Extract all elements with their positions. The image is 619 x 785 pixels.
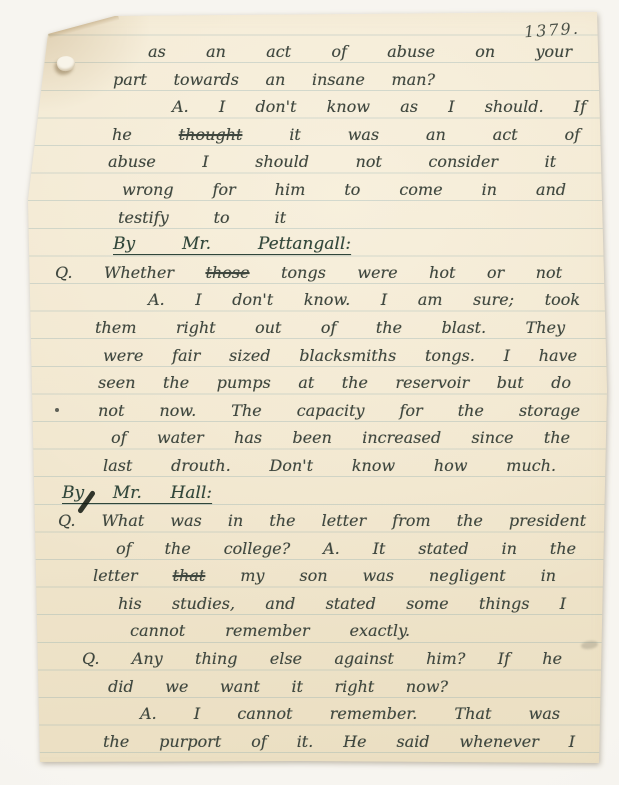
manuscript-line: A. I cannot remember. That was xyxy=(140,700,560,728)
manuscript-line: A. I don't know. I am sure; took xyxy=(148,286,580,314)
struck-word: thought xyxy=(179,125,243,144)
manuscript-line: as an act of abuse on your xyxy=(148,38,572,66)
manuscript-line: were fair sized blacksmiths tongs. I hav… xyxy=(103,342,577,370)
examiner-heading: By Mr. Pettangall: xyxy=(113,231,351,259)
manuscript-line: did we want it right now? xyxy=(108,673,448,701)
manuscript-line: he thought it was an act of xyxy=(112,121,580,149)
manuscript-line: them right out of the blast. They xyxy=(95,314,565,342)
manuscript-line: cannot remember exactly. xyxy=(130,617,410,645)
manuscript-line: his studies, and stated some things I xyxy=(118,590,566,618)
manuscript-line: testify to it xyxy=(118,204,286,232)
manuscript-line: Q. What was in the letter from the presi… xyxy=(58,507,586,535)
manuscript-line: last drouth. Don't know how much. xyxy=(103,452,556,480)
ink-dot xyxy=(55,408,59,412)
manuscript-line: A. I don't know as I should. If xyxy=(172,93,586,121)
manuscript-line: wrong for him to come in and xyxy=(122,176,566,204)
struck-word: those xyxy=(205,263,249,282)
manuscript-line: Q. Whether those tongs were hot or not xyxy=(55,259,562,287)
manuscript-line: seen the pumps at the reservoir but do xyxy=(98,369,571,397)
manuscript-line: abuse I should not consider it xyxy=(108,148,556,176)
manuscript-line: part towards an insane man? xyxy=(113,66,435,94)
struck-word: that xyxy=(173,566,206,585)
manuscript-line: not now. The capacity for the storage xyxy=(98,397,580,425)
paper-sheet: 1379. as an act of abuse on yourpart tow… xyxy=(0,0,619,785)
manuscript-lines: as an act of abuse on yourpart towards a… xyxy=(0,38,619,755)
manuscript-line: the purport of it. He said whenever I xyxy=(103,728,575,756)
manuscript-line: Q. Any thing else against him? If he xyxy=(82,645,562,673)
manuscript-line: letter that my son was negligent in xyxy=(93,562,556,590)
manuscript-line: of the college? A. It stated in the xyxy=(116,535,576,563)
manuscript-line: of water has been increased since the xyxy=(111,424,570,452)
manuscript-paper: 1379. as an act of abuse on yourpart tow… xyxy=(0,0,619,785)
